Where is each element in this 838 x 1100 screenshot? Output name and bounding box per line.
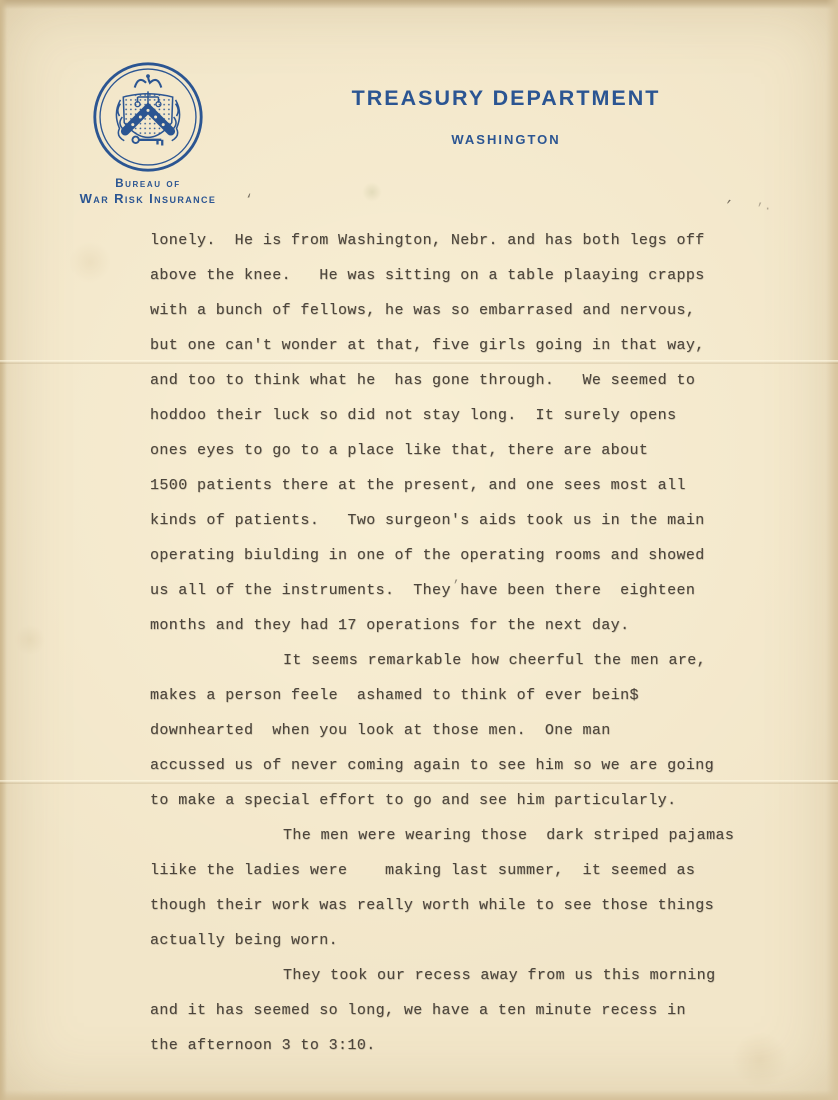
bureau-name-line2: War Risk Insurance (36, 191, 260, 206)
letter-line: liike the ladies were making last summer… (150, 853, 770, 888)
treasury-seal-icon (91, 60, 205, 174)
scan-edge-right (826, 0, 838, 1100)
bureau-seal-block: Bureau of War Risk Insurance (36, 60, 260, 206)
letter-line: accussed us of never coming again to see… (150, 748, 770, 783)
letter-line: actually being worn. (150, 923, 770, 958)
letter-line: They took our recess away from us this m… (150, 958, 770, 993)
letter-line: and too to think what he has gone throug… (150, 363, 770, 398)
scan-edge-top (0, 0, 838, 9)
letter-line: lonely. He is from Washington, Nebr. and… (150, 223, 770, 258)
letter-line: The men were wearing those dark striped … (150, 818, 770, 853)
stray-mark: ’ (722, 197, 733, 214)
letter-line: makes a person feele ashamed to think of… (150, 678, 770, 713)
letter-line: above the knee. He was sitting on a tabl… (150, 258, 770, 293)
letter-line: ones eyes to go to a place like that, th… (150, 433, 770, 468)
letter-line: kinds of patients. Two surgeon's aids to… (150, 503, 770, 538)
letter-line: though their work was really worth while… (150, 888, 770, 923)
letter-page: Bureau of War Risk Insurance TREASURY DE… (0, 0, 838, 1100)
letter-line: but one can't wonder at that, five girls… (150, 328, 770, 363)
letter-line: the afternoon 3 to 3:10. (150, 1028, 770, 1063)
stray-mark: ’· (756, 201, 772, 216)
letter-line: and it has seemed so long, we have a ten… (150, 993, 770, 1028)
stray-mark: ‘ (245, 192, 253, 207)
department-city: WASHINGTON (300, 132, 712, 147)
bureau-name-line1: Bureau of (36, 178, 260, 190)
letter-line: downhearted when you look at those men. … (150, 713, 770, 748)
letter-line: hoddoo their luck so did not stay long. … (150, 398, 770, 433)
letter-line: months and they had 17 operations for th… (150, 608, 770, 643)
department-title: TREASURY DEPARTMENT (300, 86, 712, 111)
letter-body: lonely. He is from Washington, Nebr. and… (150, 223, 770, 1063)
letter-line: us all of the instruments. They have bee… (150, 573, 770, 608)
letter-line: 1500 patients there at the present, and … (150, 468, 770, 503)
letter-line: to make a special effort to go and see h… (150, 783, 770, 818)
letter-line: with a bunch of fellows, he was so embar… (150, 293, 770, 328)
letter-line: It seems remarkable how cheerful the men… (150, 643, 770, 678)
letter-line: operating biulding in one of the operati… (150, 538, 770, 573)
scan-edge-bottom (0, 1090, 838, 1100)
masthead: TREASURY DEPARTMENT WASHINGTON (300, 86, 712, 147)
scan-edge-left (0, 0, 7, 1100)
